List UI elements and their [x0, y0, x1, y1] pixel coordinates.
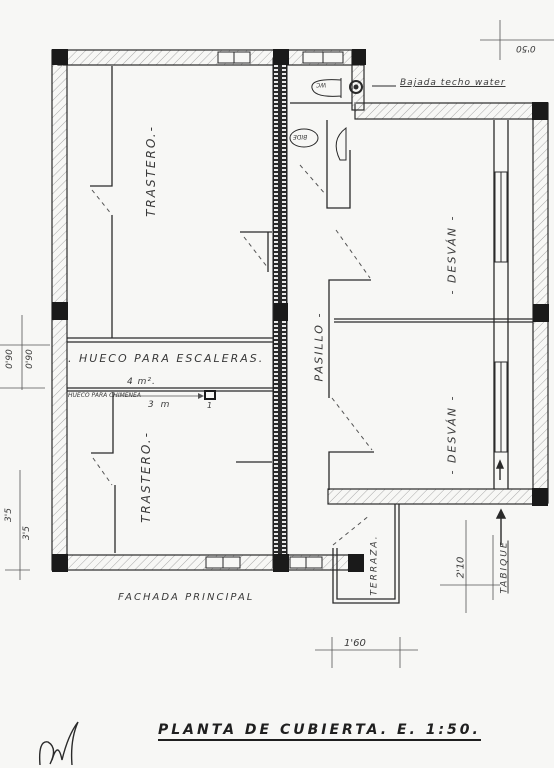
room-label-desvan-top: - DESVÁN -	[445, 215, 458, 295]
stair-void-label: . HUECO PARA ESCALERAS.	[68, 352, 264, 365]
dimension-bottom: 1'60	[344, 638, 366, 649]
downpipe-annotation: Bajada techo water	[400, 78, 506, 88]
bidet-label: BIDE	[293, 133, 307, 140]
chimney-length: 3 m	[148, 400, 171, 410]
dimension-left-c: 3'5	[4, 508, 14, 522]
dimension-left-a: 0'90	[5, 349, 15, 369]
partition-annotation: TABIQUE	[500, 540, 510, 593]
signature-mark	[40, 722, 78, 765]
main-facade-annotation: FACHADA PRINCIPAL	[118, 592, 254, 603]
dimension-left-d: 3'5	[22, 526, 32, 540]
room-label-trastero-top: TRASTERO.-	[144, 125, 158, 217]
chimney-mark: 1	[207, 401, 214, 410]
washbasin-icon	[336, 128, 346, 160]
wc-label: WC	[316, 81, 326, 88]
dimension-top-right: 0'50	[516, 43, 536, 53]
room-label-pasillo: PASILLO -	[312, 312, 325, 382]
dimension-right-bottom: 2'10	[455, 557, 466, 579]
chimney-void-label: HUECO PARA CHIMENEA	[68, 392, 141, 399]
bathroom-fixtures	[290, 78, 362, 160]
dimension-left-b: 0'90	[25, 349, 35, 369]
exterior-walls	[52, 50, 548, 570]
floor-plan-drawing	[0, 0, 554, 768]
drawing-title: PLANTA DE CUBIERTA. E. 1:50.	[158, 722, 481, 741]
chimney-void-marker	[205, 391, 215, 399]
room-label-desvan-bottom: - DESVÁN -	[445, 395, 458, 475]
room-label-trastero-bottom: TRASTERO.-	[139, 431, 153, 523]
room-label-terraza: TERRAZA.	[370, 534, 380, 595]
stair-void-area: 4 m².	[127, 377, 156, 387]
